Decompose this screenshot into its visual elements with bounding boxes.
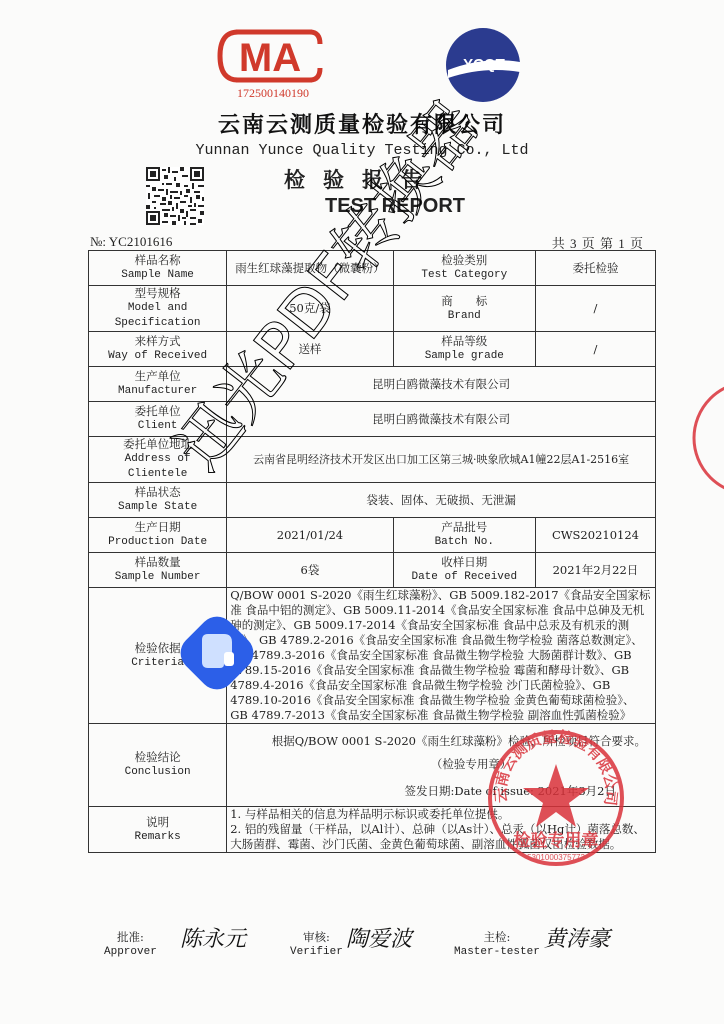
sample-state-value: 袋装、固体、无破损、无泄漏 [227, 483, 656, 518]
conclusion-label: 检验结论Conclusion [89, 724, 227, 807]
sample-number-value: 6袋 [227, 553, 393, 588]
approver-signature: 陈永元 [180, 922, 246, 953]
test-category-label: 检验类别Test Category [393, 251, 535, 286]
batch-no-value: CWS20210124 [535, 518, 655, 553]
table-row: 样品状态Sample State 袋装、固体、无破损、无泄漏 [89, 483, 656, 518]
test-category-value: 委托检验 [535, 251, 655, 286]
verifier-signature: 陶爱波 [346, 922, 412, 953]
table-row: 生产单位Manufacturer 昆明白鸥微藻技术有限公司 [89, 367, 656, 402]
table-row: 来样方式Way of Received 送样 样品等级Sample grade … [89, 332, 656, 367]
production-date-label: 生产日期Production Date [89, 518, 227, 553]
sample-grade-value: / [535, 332, 655, 367]
criteria-value: Q/BOW 0001 S-2020《雨生红球藻粉》、GB 5009.182-20… [227, 588, 656, 724]
svg-text:MA: MA [239, 36, 301, 80]
sample-state-label: 样品状态Sample State [89, 483, 227, 518]
seam-stamp [690, 378, 724, 498]
date-received-label: 收样日期Date of Received [393, 553, 535, 588]
client-address-value: 云南省昆明经济技术开发区出口加工区第三城·映象欣城A1幢22层A1-2516室 [227, 437, 656, 483]
master-tester-label: 主检:Master-tester [454, 930, 540, 960]
table-row: 生产日期Production Date 2021/01/24 产品批号Batch… [89, 518, 656, 553]
app-logo-icon [172, 608, 262, 698]
remarks-label: 说明Remarks [89, 807, 227, 853]
svg-text:检验专用章: 检验专用章 [514, 830, 599, 851]
date-received-value: 2021年2月22日 [535, 553, 655, 588]
official-stamp: 云南云测质量检验有限公司 检验专用章 5301000375773 [486, 728, 626, 868]
model-spec-label: 型号规格Model and Specification [89, 286, 227, 332]
svg-text:YCQT: YCQT [463, 56, 505, 73]
client-value: 昆明白鸥微藻技术有限公司 [227, 402, 656, 437]
batch-no-label: 产品批号Batch No. [393, 518, 535, 553]
sample-number-label: 样品数量Sample Number [89, 553, 227, 588]
sample-grade-label: 样品等级Sample grade [393, 332, 535, 367]
verifier-label: 审核:Verifier [290, 930, 343, 960]
brand-value: / [535, 286, 655, 332]
master-tester-signature: 黄涛豪 [544, 922, 610, 953]
production-date-value: 2021/01/24 [227, 518, 393, 553]
cma-logo: MA [216, 28, 324, 84]
svg-text:5301000375773: 5301000375773 [527, 853, 585, 862]
report-number: №: YC2101616 [90, 234, 172, 250]
sample-name-label: 样品名称Sample Name [89, 251, 227, 286]
brand-label: 商 标Brand [393, 286, 535, 332]
company-name-cn: 云南云测质量检验有限公司 [0, 108, 724, 139]
approver-label: 批准:Approver [104, 930, 157, 960]
ycqt-logo: YCQT [444, 26, 522, 104]
table-row: 样品数量Sample Number 6袋 收样日期Date of Receive… [89, 553, 656, 588]
cma-number: 172500140190 [218, 86, 328, 101]
